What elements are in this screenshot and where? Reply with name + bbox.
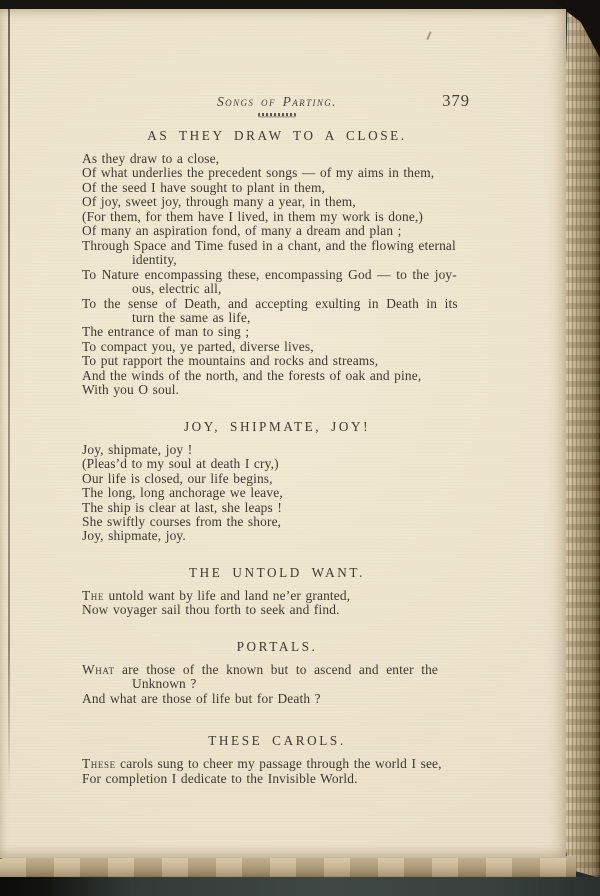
- poem-line: Joy, shipmate, joy !: [82, 443, 472, 457]
- poem-line: And what are those of life but for Death…: [82, 692, 472, 706]
- page-header: Songs of Parting. 379: [82, 93, 472, 111]
- poem-line: She swiftly courses from the shore,: [82, 515, 472, 529]
- poem-line: Of joy, sweet joy, through many a year, …: [82, 195, 472, 209]
- small-caps-lead: What: [82, 662, 115, 677]
- poem-line: To compact you, ye parted, diverse lives…: [82, 340, 472, 354]
- ornament-rule: [258, 113, 296, 116]
- poem-line: (Pleas’d to my soul at death I cry,): [82, 457, 472, 471]
- poem-title: JOY, SHIPMATE, JOY!: [82, 419, 472, 435]
- poem-line: Joy, shipmate, joy.: [82, 529, 472, 543]
- poem-line: The ship is clear at last, she leaps !: [82, 501, 472, 515]
- poem-title: PORTALS.: [82, 639, 472, 655]
- poem-line: To the sense of Death, and accepting exu…: [82, 297, 472, 311]
- small-caps-lead: The: [82, 588, 104, 603]
- poem-section: JOY, SHIPMATE, JOY!Joy, shipmate, joy !(…: [82, 419, 472, 544]
- small-caps-lead: These: [82, 756, 116, 771]
- poem-line: With you O soul.: [82, 383, 472, 397]
- poem-line: turn the same as life,: [82, 311, 472, 325]
- poem-line: identity,: [82, 253, 472, 267]
- background-top-strip: [0, 0, 600, 9]
- poem-section: THESE CAROLS.These carols sung to cheer …: [82, 733, 472, 786]
- poem-section: AS THEY DRAW TO A CLOSE.As they draw to …: [82, 128, 472, 398]
- poem-title: THESE CAROLS.: [82, 733, 472, 749]
- poem-line: Our life is closed, our life begins,: [82, 472, 472, 486]
- poem-line: ous, electric all,: [82, 282, 472, 296]
- poem-title: AS THEY DRAW TO A CLOSE.: [82, 128, 472, 144]
- poems-container: AS THEY DRAW TO A CLOSE.As they draw to …: [82, 128, 472, 786]
- poem-line: Unknown ?: [82, 677, 472, 691]
- poem-line: These carols sung to cheer my passage th…: [82, 757, 472, 771]
- poem-line: The long, long anchorage we leave,: [82, 486, 472, 500]
- text-column: Songs of Parting. 379 AS THEY DRAW TO A …: [82, 93, 472, 786]
- page-number: 379: [442, 91, 470, 111]
- poem-line: To Nature encompassing these, encompassi…: [82, 268, 472, 282]
- poem-line: To put rapport the mountains and rocks a…: [82, 354, 472, 368]
- poem-section: PORTALS.What are those of the known but …: [82, 639, 472, 706]
- poem-line: And the winds of the north, and the fore…: [82, 369, 472, 383]
- poem-line: The entrance of man to sing ;: [82, 325, 472, 339]
- poem-line: Of many an aspiration fond, of many a dr…: [82, 224, 472, 238]
- binding-crease: [8, 9, 10, 790]
- poem-line: Now voyager sail thou forth to seek and …: [82, 603, 472, 617]
- book-page-photo: Songs of Parting. 379 AS THEY DRAW TO A …: [0, 0, 600, 896]
- poem-line: As they draw to a close,: [82, 152, 472, 166]
- poem-line: (For them, for them have I lived, in the…: [82, 210, 472, 224]
- running-head: Songs of Parting.: [217, 94, 337, 109]
- poem-section: THE UNTOLD WANT.The untold want by life …: [82, 565, 472, 618]
- poem-line: Of the seed I have sought to plant in th…: [82, 181, 472, 195]
- poem-line: What are those of the known but to ascen…: [82, 663, 472, 677]
- book-page: Songs of Parting. 379 AS THEY DRAW TO A …: [0, 9, 566, 858]
- poem-line: The untold want by life and land ne’er g…: [82, 589, 472, 603]
- poem-line: Of what underlies the precedent songs — …: [82, 166, 472, 180]
- poem-title: THE UNTOLD WANT.: [82, 565, 472, 581]
- stray-ink-mark: [426, 31, 431, 40]
- background-bottom: [0, 877, 600, 896]
- poem-line: Through Space and Time fused in a chant,…: [82, 239, 472, 253]
- poem-line: For completion I dedicate to the Invisib…: [82, 772, 472, 786]
